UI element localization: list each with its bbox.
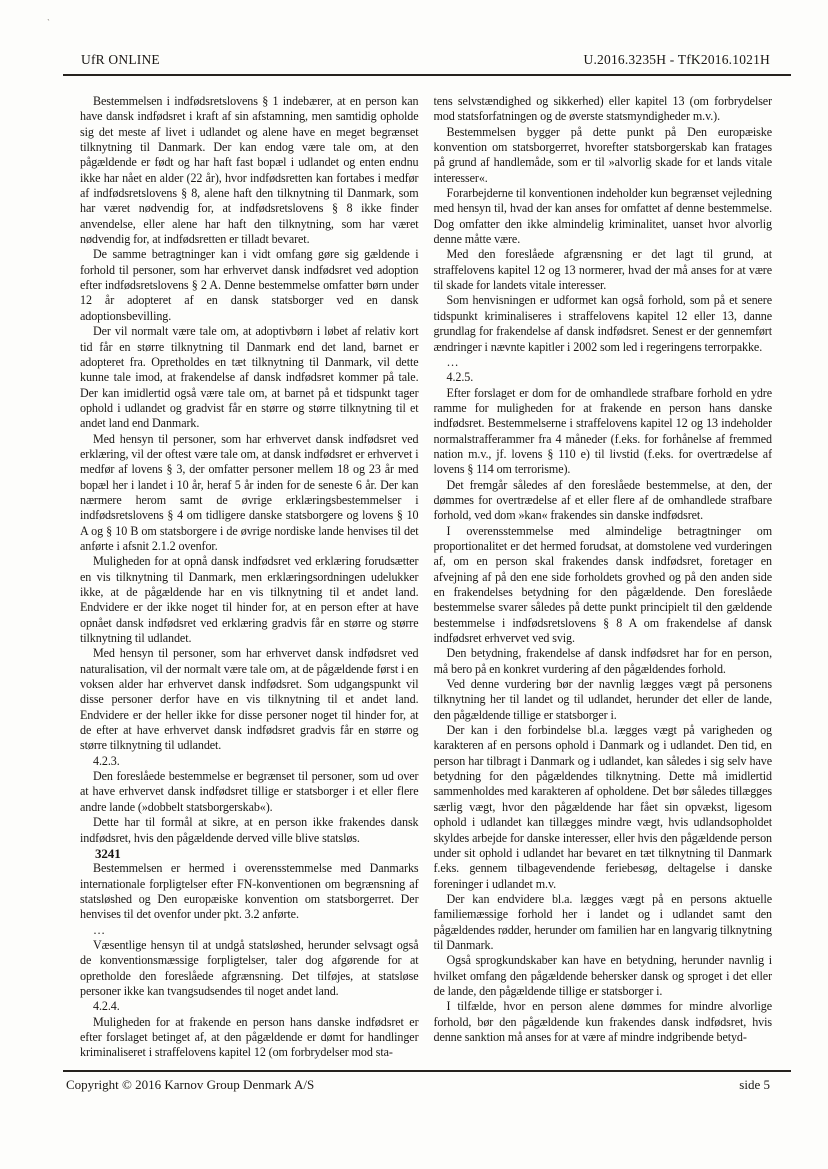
case-reference: U.2016.3235H - TfK2016.1021H [584,52,770,68]
omission-ellipsis: … [80,923,419,938]
paragraph: Den betydning, frakendelse af dansk indf… [434,646,773,677]
paragraph: De samme betragtninger kan i vidt omfang… [80,247,419,324]
paragraph: Som henvisningen er udformet kan også fo… [434,293,773,354]
paragraph: Bestemmelsen bygger på dette punkt på De… [434,125,773,186]
page-number: side 5 [739,1077,770,1093]
paragraph: tens selvstændighed og sikkerhed) eller … [434,94,773,125]
paragraph: Der kan endvidere bl.a. lægges vægt på e… [434,892,773,953]
section-heading: 4.2.3. [80,754,419,769]
right-column: tens selvstændighed og sikkerhed) eller … [434,94,773,1070]
paragraph: Væsentlige hensyn til at undgå statsløsh… [80,938,419,999]
paragraph: Bestemmelsen er hermed i overensstemmels… [80,861,419,922]
page-header: UfR ONLINE U.2016.3235H - TfK2016.1021H [81,52,770,68]
paragraph: Dette har til formål at sikre, at en per… [80,815,419,846]
page-marker: 3241 [80,846,419,861]
header-rule [63,74,791,76]
paragraph: Også sprogkundskaber kan have en betydni… [434,953,773,999]
paragraph: Bestemmelsen i indfødsretslovens § 1 ind… [80,94,419,247]
paragraph: Med hensyn til personer, som har erhverv… [80,432,419,555]
document-page: ` UfR ONLINE U.2016.3235H - TfK2016.1021… [0,0,828,1169]
paragraph: Muligheden for at frakende en person han… [80,1015,419,1061]
paragraph: Med den foreslåede afgrænsning er det la… [434,247,773,293]
section-heading: 4.2.5. [434,370,773,385]
publication-title: UfR ONLINE [81,52,160,68]
footer-rule [63,1070,791,1072]
paragraph: Forarbejderne til konventionen indeholde… [434,186,773,247]
page-footer: Copyright © 2016 Karnov Group Denmark A/… [66,1077,770,1093]
document-body: Bestemmelsen i indfødsretslovens § 1 ind… [80,94,772,1070]
paragraph: I tilfælde, hvor en person alene dømmes … [434,999,773,1045]
left-column: Bestemmelsen i indfødsretslovens § 1 ind… [80,94,419,1070]
omission-ellipsis: … [434,355,773,370]
paragraph: Muligheden for at opnå dansk indfødsret … [80,554,419,646]
paragraph: Der vil normalt være tale om, at adoptiv… [80,324,419,431]
paragraph: I overensstemmelse med almindelige betra… [434,524,773,647]
paragraph: Den foreslåede bestemmelse er begrænset … [80,769,419,815]
scan-artifact-mark: ` [45,18,51,29]
paragraph: Ved denne vurdering bør der navnlig lægg… [434,677,773,723]
copyright-notice: Copyright © 2016 Karnov Group Denmark A/… [66,1077,314,1093]
paragraph: Der kan i den forbindelse bl.a. lægges v… [434,723,773,892]
section-heading: 4.2.4. [80,999,419,1014]
paragraph: Med hensyn til personer, som har erhverv… [80,646,419,753]
paragraph: Efter forslaget er dom for de omhandlede… [434,386,773,478]
paragraph: Det fremgår således af den foreslåede be… [434,478,773,524]
